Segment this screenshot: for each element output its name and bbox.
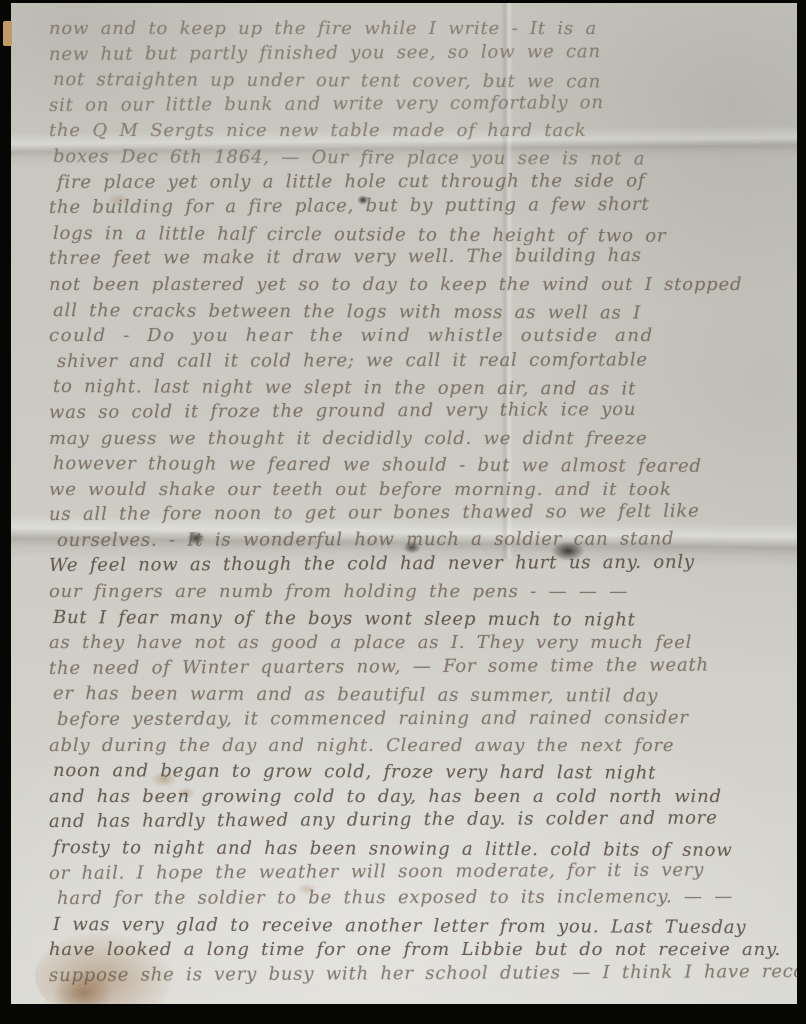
handwritten-letter-text: now and to keep up the fire while I writ…: [49, 16, 797, 1004]
letter-line: all the cracks between the logs with mos…: [53, 298, 797, 327]
letter-line: new hut but partly finished you see, so …: [49, 38, 797, 68]
letter-line: was so cold it froze the ground and very…: [49, 396, 797, 426]
letter-line: the building for a fire place, but by pu…: [49, 191, 797, 221]
letter-line: however though we feared we should - but…: [53, 451, 797, 480]
letter-line: suppose she is very busy with her school…: [49, 959, 797, 989]
letter-line: may guess we thought it decididly cold. …: [49, 426, 797, 452]
letter-line: could - Do you hear the wind whistle out…: [49, 323, 797, 349]
letter-line: I was very glad to receive another lette…: [53, 912, 797, 941]
letter-line: before yesterday, it commenced raining a…: [57, 705, 797, 733]
letter-line: But I fear many of the boys wont sleep m…: [53, 605, 797, 634]
letter-line: hard for the soldier to be thus exposed …: [57, 884, 797, 912]
letter-line: our fingers are numb from holding the pe…: [49, 579, 797, 605]
letter-line: ably during the day and night. Cleared a…: [49, 733, 797, 759]
letter-line: the Q M Sergts nice new table made of ha…: [49, 118, 797, 144]
letter-line: sit on our little bunk and write very co…: [49, 89, 797, 119]
letter-line: not been plastered yet so to day to keep…: [49, 272, 797, 298]
letter-line: us all the fore noon to get our bones th…: [49, 498, 797, 528]
letter-line: shiver and call it cold here; we call it…: [57, 347, 797, 375]
letter-line: or hail. I hope the weather will soon mo…: [49, 857, 797, 887]
letter-page: now and to keep up the fire while I writ…: [11, 3, 797, 1004]
scan-border-notch: [3, 21, 12, 46]
letter-line: noon and began to grow cold, froze very …: [53, 758, 797, 787]
letter-line: three feet we make it draw very well. Th…: [49, 242, 797, 272]
letter-line: and has hardly thawed any during the day…: [49, 805, 797, 835]
letter-line: the need of Winter quarters now, — For s…: [49, 652, 797, 682]
letter-line: We feel now as though the cold had never…: [49, 550, 797, 580]
